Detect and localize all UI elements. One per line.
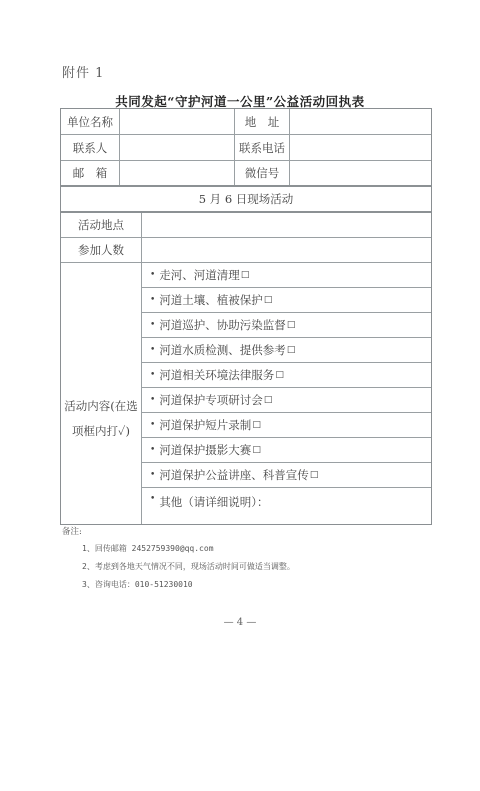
option-label: 河道保护短片录制 — [159, 417, 251, 433]
bullet-icon: • — [150, 270, 155, 280]
org-name-label: 单位名称 — [61, 109, 119, 134]
checkbox-icon[interactable]: □ — [287, 345, 296, 355]
info-row-contact: 联系人 联系电话 — [61, 135, 431, 161]
option-label: 河道保护摄影大赛 — [159, 442, 251, 458]
contact-person-label: 联系人 — [61, 135, 119, 160]
address-field[interactable] — [289, 109, 431, 134]
option-label: 河道保护公益讲座、科普宣传 — [159, 467, 309, 483]
activity-content-section: 活动内容(在选 项框内打✓) •走河、河道清理□ •河道土壤、植被保护□ •河道… — [61, 263, 431, 524]
activity-option-legal-service[interactable]: •河道相关环境法律服务□ — [142, 363, 431, 388]
option-label: 河道水质检测、提供参考 — [159, 342, 286, 358]
attachment-label: 附件 1 — [62, 62, 104, 81]
info-row-organization: 单位名称 地 址 — [61, 109, 431, 135]
phone-field[interactable] — [289, 135, 431, 160]
activity-option-patrol[interactable]: •河道巡护、协助污染监督□ — [142, 313, 431, 338]
bullet-icon: • — [150, 370, 155, 380]
activity-options-list: •走河、河道清理□ •河道土壤、植被保护□ •河道巡护、协助污染监督□ •河道水… — [141, 263, 431, 524]
email-field[interactable] — [119, 161, 234, 185]
section-header: 5 月 6 日现场活动 — [61, 187, 431, 211]
bullet-icon: • — [150, 470, 155, 480]
note-weather: 2、考虑到各地天气情况不同，现场活动时间可做适当调整。 — [82, 561, 295, 572]
participants-field[interactable] — [141, 238, 431, 262]
option-label: 河道巡护、协助污染监督 — [159, 317, 286, 333]
bullet-icon: • — [150, 494, 155, 504]
bullet-icon: • — [150, 395, 155, 405]
wechat-field[interactable] — [289, 161, 431, 185]
bullet-icon: • — [150, 320, 155, 330]
section-header-row: 5 月 6 日现场活动 — [61, 187, 431, 213]
option-label: 河道土壤、植被保护 — [159, 292, 263, 308]
checkbox-icon[interactable]: □ — [264, 395, 273, 405]
event-row-participants: 参加人数 — [61, 238, 431, 263]
option-label: 走河、河道清理 — [159, 267, 240, 283]
event-row-location: 活动地点 — [61, 213, 431, 238]
note-return-email: 1、回传邮箱 2452759390@qq.com — [82, 543, 295, 554]
checkbox-icon[interactable]: □ — [252, 445, 261, 455]
checkbox-icon[interactable]: □ — [310, 470, 319, 480]
checkbox-icon[interactable]: □ — [287, 320, 296, 330]
page-number: — 4 — — [0, 617, 480, 628]
checkbox-icon[interactable]: □ — [264, 295, 273, 305]
activity-option-seminar[interactable]: •河道保护专项研讨会□ — [142, 388, 431, 413]
activity-option-soil-protection[interactable]: •河道土壤、植被保护□ — [142, 288, 431, 313]
activity-option-water-testing[interactable]: •河道水质检测、提供参考□ — [142, 338, 431, 363]
activity-option-river-cleanup[interactable]: •走河、河道清理□ — [142, 263, 431, 288]
location-field[interactable] — [141, 213, 431, 237]
org-name-field[interactable] — [119, 109, 234, 134]
activity-label-line1: 活动内容(在选 — [64, 394, 138, 419]
bullet-icon: • — [150, 295, 155, 305]
activity-option-lecture[interactable]: •河道保护公益讲座、科普宣传□ — [142, 463, 431, 488]
bullet-icon: • — [150, 345, 155, 355]
participants-label: 参加人数 — [61, 238, 141, 262]
notes-heading: 备注: — [62, 525, 295, 537]
bullet-icon: • — [150, 445, 155, 455]
activity-option-photo-contest[interactable]: •河道保护摄影大赛□ — [142, 438, 431, 463]
option-label: 河道保护专项研讨会 — [159, 392, 263, 408]
wechat-label: 微信号 — [234, 161, 289, 185]
activity-option-short-film[interactable]: •河道保护短片录制□ — [142, 413, 431, 438]
phone-label: 联系电话 — [234, 135, 289, 160]
notes-section: 备注: 1、回传邮箱 2452759390@qq.com 2、考虑到各地天气情况… — [62, 525, 295, 597]
activity-option-other[interactable]: •其他（请详细说明）： — [142, 488, 431, 524]
note-phone: 3、咨询电话：010-51230010 — [82, 579, 295, 590]
address-label: 地 址 — [234, 109, 289, 134]
email-label: 邮 箱 — [61, 161, 119, 185]
option-label: 河道相关环境法律服务 — [159, 367, 274, 383]
checkbox-icon[interactable]: □ — [275, 370, 284, 380]
activity-label-line2: 项框内打✓) — [64, 419, 138, 444]
checkbox-icon[interactable]: □ — [241, 270, 250, 280]
option-label: 其他（请详细说明）： — [159, 494, 268, 510]
info-row-email: 邮 箱 微信号 — [61, 161, 431, 187]
activity-content-label: 活动内容(在选 项框内打✓) — [61, 263, 141, 524]
contact-person-field[interactable] — [119, 135, 234, 160]
bullet-icon: • — [150, 420, 155, 430]
reply-form-table: 单位名称 地 址 联系人 联系电话 邮 箱 微信号 5 月 6 日现场活动 活动… — [60, 108, 432, 525]
location-label: 活动地点 — [61, 213, 141, 237]
checkbox-icon[interactable]: □ — [252, 420, 261, 430]
